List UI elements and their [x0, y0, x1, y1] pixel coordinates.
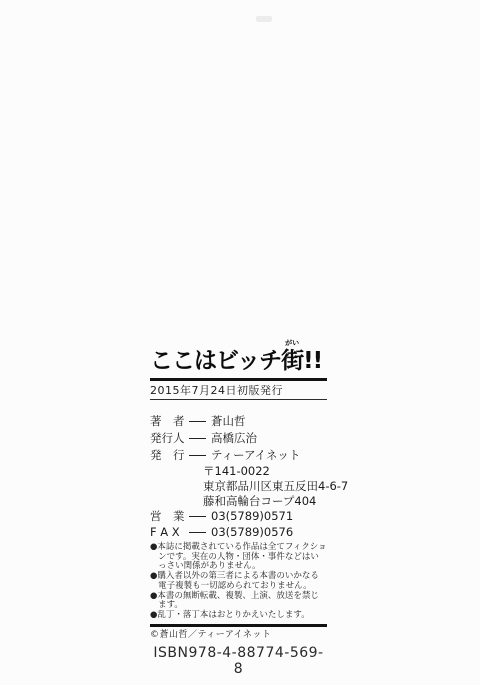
colophon-block: ここはビッチがい街!! 2015年7月24日初版発行 著 者 蒼山哲 発行人 高…	[150, 346, 327, 677]
postal-code: 〒141-0022	[203, 464, 327, 479]
colophon-page: ここはビッチがい街!! 2015年7月24日初版発行 著 者 蒼山哲 発行人 高…	[0, 0, 480, 685]
scan-artifact	[256, 16, 272, 22]
credit-value: ティーアイネット	[211, 447, 300, 464]
credit-label: 発行人	[150, 430, 189, 447]
edition-date: 2015年7月24日初版発行	[150, 384, 327, 397]
notice-digital-copy: ●購入者以外の第三者による本書のいかなる電子複製も一切認められておりません。	[150, 572, 327, 591]
contact-row-sales: 営 業 03(5789)0571	[150, 509, 327, 525]
credit-label: 発 行	[150, 447, 189, 464]
credit-row-publisher: 発 行 ティーアイネット	[150, 447, 327, 464]
dash-line	[189, 455, 206, 456]
contact-label: F A X	[150, 525, 189, 541]
credit-row-publisher-person: 発行人 高橋広治	[150, 430, 327, 447]
furigana-label: がい	[285, 340, 299, 347]
dash-line	[189, 438, 206, 439]
contact-value: 03(5789)0576	[211, 525, 293, 541]
book-title-suffix: !!	[303, 348, 322, 374]
address-line-1: 東京都品川区東五反田4-6-7	[203, 479, 327, 494]
dash-line	[189, 532, 206, 533]
publication-info: 著 者 蒼山哲 発行人 高橋広治 発 行 ティーアイネット 〒141-0022 …	[150, 413, 327, 540]
credit-label: 著 者	[150, 413, 189, 430]
divider-thick-top	[150, 378, 327, 381]
contact-label: 営 業	[150, 509, 189, 525]
contact-row-fax: F A X 03(5789)0576	[150, 525, 327, 541]
notice-reproduction: ●本書の無断転載、複製、上演、放送を禁じます。	[150, 592, 327, 611]
book-title-kanji-with-ruby: がい街	[281, 346, 303, 376]
book-title-kanji: 街	[281, 348, 303, 374]
dash-line	[189, 516, 206, 517]
isbn-number: ISBN978-4-88774-569-8	[150, 645, 327, 677]
credit-row-author: 著 者 蒼山哲	[150, 413, 327, 430]
book-title: ここはビッチがい街!!	[150, 346, 327, 376]
contact-value: 03(5789)0571	[211, 509, 293, 525]
copyright-line: ©蒼山哲／ティーアイネット	[150, 630, 327, 641]
notice-defective-copies: ●乱丁・落丁本はおとりかえいたします。	[150, 611, 327, 621]
legal-notices: ●本誌に掲載されている作品は全てフィクションです。実在の人物・団体・事件などはい…	[150, 543, 327, 621]
book-title-pre: ここはビッチ	[150, 348, 281, 374]
notice-fiction-disclaimer: ●本誌に掲載されている作品は全てフィクションです。実在の人物・団体・事件などはい…	[150, 543, 327, 572]
credit-value: 蒼山哲	[211, 413, 246, 430]
divider-thin	[150, 399, 327, 400]
credit-value: 高橋広治	[211, 430, 257, 447]
address-line-2: 藤和高輪台コープ404	[203, 494, 327, 509]
divider-thick-bottom	[150, 624, 327, 627]
dash-line	[189, 421, 206, 422]
